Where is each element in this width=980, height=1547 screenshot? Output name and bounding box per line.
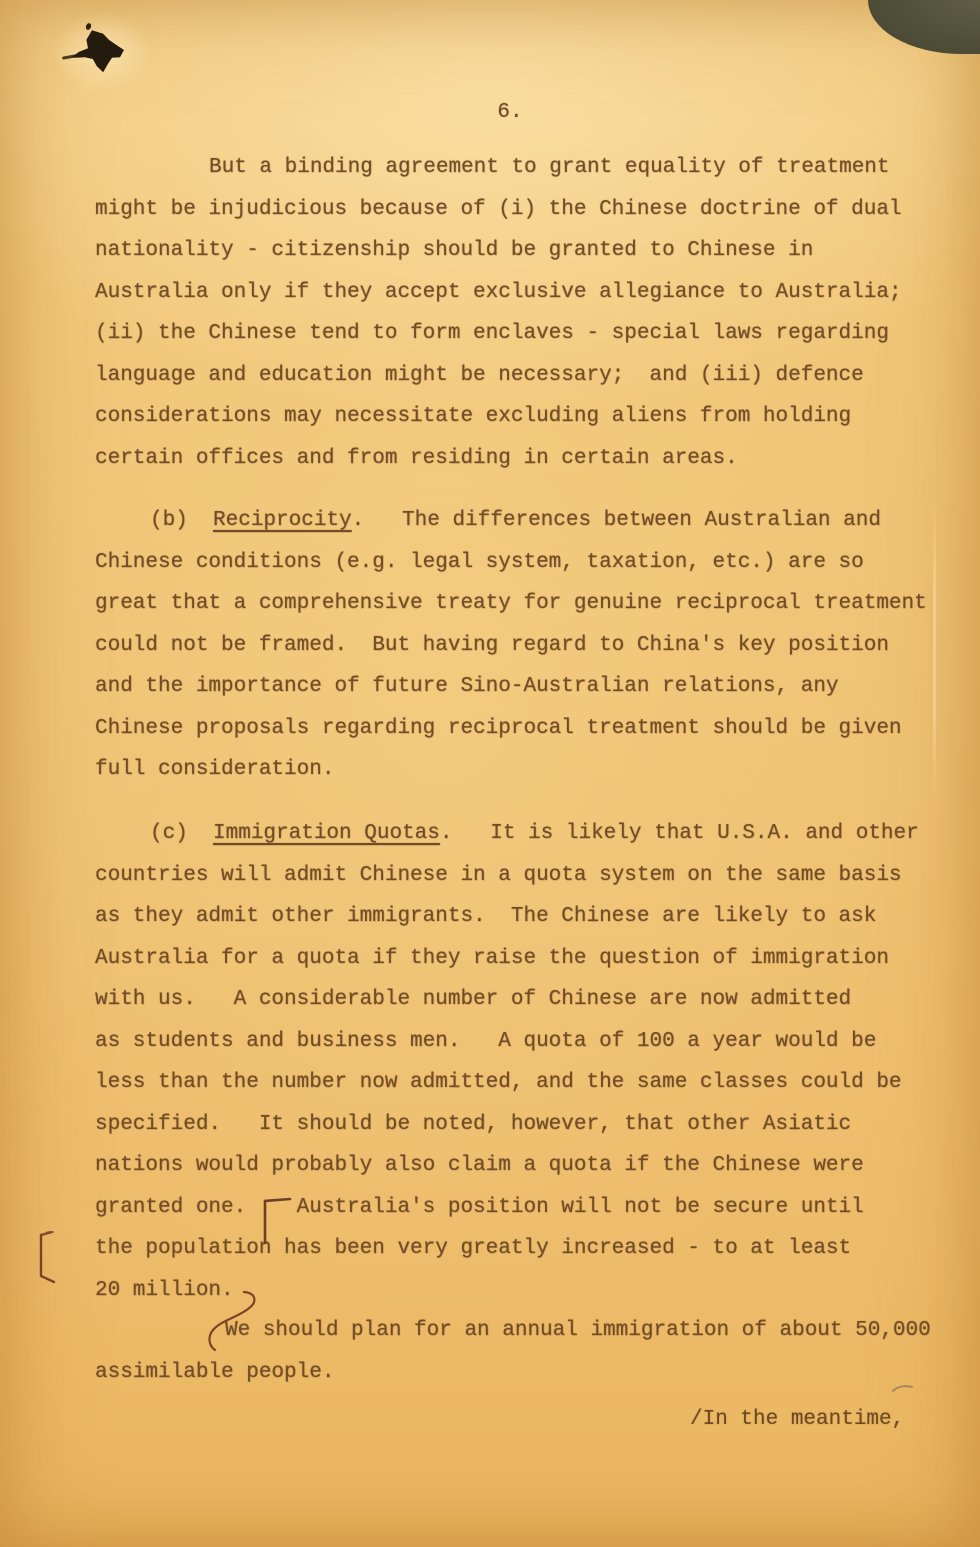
text-line: Australia for a quota if they raise the … bbox=[95, 938, 955, 980]
text-line: certain offices and from residing in cer… bbox=[95, 438, 955, 480]
text-line: the population has been very greatly inc… bbox=[95, 1228, 955, 1270]
item-label: (c) bbox=[150, 822, 213, 845]
text-line: less than the number now admitted, and t… bbox=[95, 1062, 955, 1104]
paragraph-c-immigration-quotas: (c) Immigration Quotas. It is likely tha… bbox=[95, 813, 955, 1311]
page-number: 6. bbox=[455, 92, 565, 134]
text-line: language and education might be necessar… bbox=[95, 355, 955, 397]
text-line: considerations may necessitate excluding… bbox=[95, 396, 955, 438]
text-line: nationality - citizenship should be gran… bbox=[95, 230, 955, 272]
text-line: granted one. Australia's position will n… bbox=[95, 1187, 955, 1229]
text-line: (b) Reciprocity. The differences between… bbox=[95, 500, 955, 542]
text-line: nations would probably also claim a quot… bbox=[95, 1145, 955, 1187]
text-line: and the importance of future Sino-Austra… bbox=[95, 666, 955, 708]
text-line: as they admit other immigrants. The Chin… bbox=[95, 896, 955, 938]
text-line: as students and business men. A quota of… bbox=[95, 1021, 955, 1063]
text-line: (ii) the Chinese tend to form enclaves -… bbox=[95, 313, 955, 355]
text-run: . It is likely that U.S.A. and other bbox=[440, 822, 919, 845]
section-heading-immigration-quotas: Immigration Quotas bbox=[213, 822, 440, 845]
paragraph-b-reciprocity: (b) Reciprocity. The differences between… bbox=[95, 500, 955, 791]
section-heading-reciprocity: Reciprocity bbox=[213, 509, 352, 532]
pencil-mark bbox=[890, 1382, 916, 1396]
item-label: (b) bbox=[150, 509, 213, 532]
paragraph-intro: But a binding agreement to grant equalit… bbox=[95, 147, 955, 479]
inline-bracket-annotation bbox=[260, 1195, 294, 1247]
text-line: could not be framed. But having regard t… bbox=[95, 625, 955, 667]
text-line: But a binding agreement to grant equalit… bbox=[95, 147, 955, 189]
text-line: Chinese proposals regarding reciprocal t… bbox=[95, 708, 955, 750]
squiggle-annotation bbox=[198, 1284, 270, 1358]
text-line: countries will admit Chinese in a quota … bbox=[95, 855, 955, 897]
text-run: . The differences between Australian and bbox=[352, 509, 881, 532]
text-line: great that a comprehensive treaty for ge… bbox=[95, 583, 955, 625]
text-line: (c) Immigration Quotas. It is likely tha… bbox=[95, 813, 955, 855]
text-line: with us. A considerable number of Chines… bbox=[95, 979, 955, 1021]
text-line: specified. It should be noted, however, … bbox=[95, 1104, 955, 1146]
text-line: Chinese conditions (e.g. legal system, t… bbox=[95, 542, 955, 584]
text-line: might be injudicious because of (i) the … bbox=[95, 189, 955, 231]
footer-catchword: /In the meantime, bbox=[690, 1399, 904, 1441]
text-line: full consideration. bbox=[95, 749, 955, 791]
text-line: Australia only if they accept exclusive … bbox=[95, 272, 955, 314]
margin-bracket-annotation bbox=[34, 1228, 58, 1286]
